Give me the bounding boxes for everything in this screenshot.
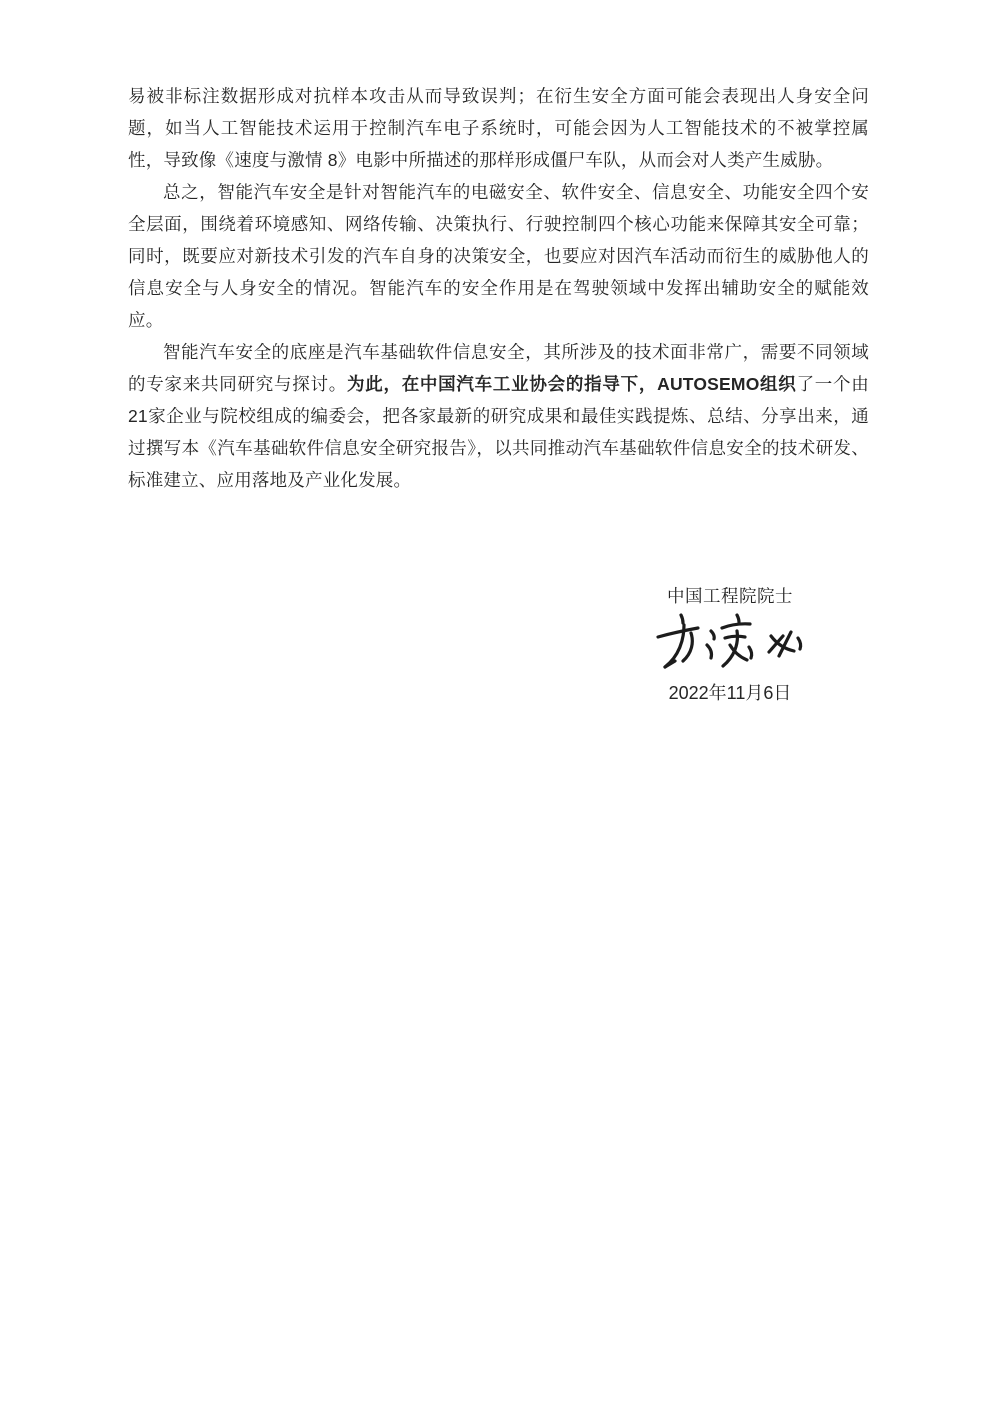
paragraph-1: 易被非标注数据形成对抗样本攻击从而导致误判；在衍生安全方面可能会表现出人身安全问… (128, 80, 869, 176)
signature-date: 2022年11月6日 (640, 683, 820, 704)
paragraph-3-bold-run: 为此，在中国汽车工业协会的指导下，AUTOSEMO组织 (347, 374, 797, 394)
paragraph-3: 智能汽车安全的底座是汽车基础软件信息安全，其所涉及的技术面非常广，需要不同领域的… (128, 336, 869, 496)
document-page: 易被非标注数据形成对抗样本攻击从而导致误判；在衍生安全方面可能会表现出人身安全问… (0, 0, 992, 1403)
preface-body: 易被非标注数据形成对抗样本攻击从而导致误判；在衍生安全方面可能会表现出人身安全问… (128, 80, 869, 496)
signature-block: 中国工程院院士 2022年11月6日 (640, 586, 820, 704)
signer-title: 中国工程院院士 (640, 586, 820, 607)
paragraph-2: 总之，智能汽车安全是针对智能汽车的电磁安全、软件安全、信息安全、功能安全四个安全… (128, 176, 869, 336)
handwritten-signature (652, 611, 808, 675)
